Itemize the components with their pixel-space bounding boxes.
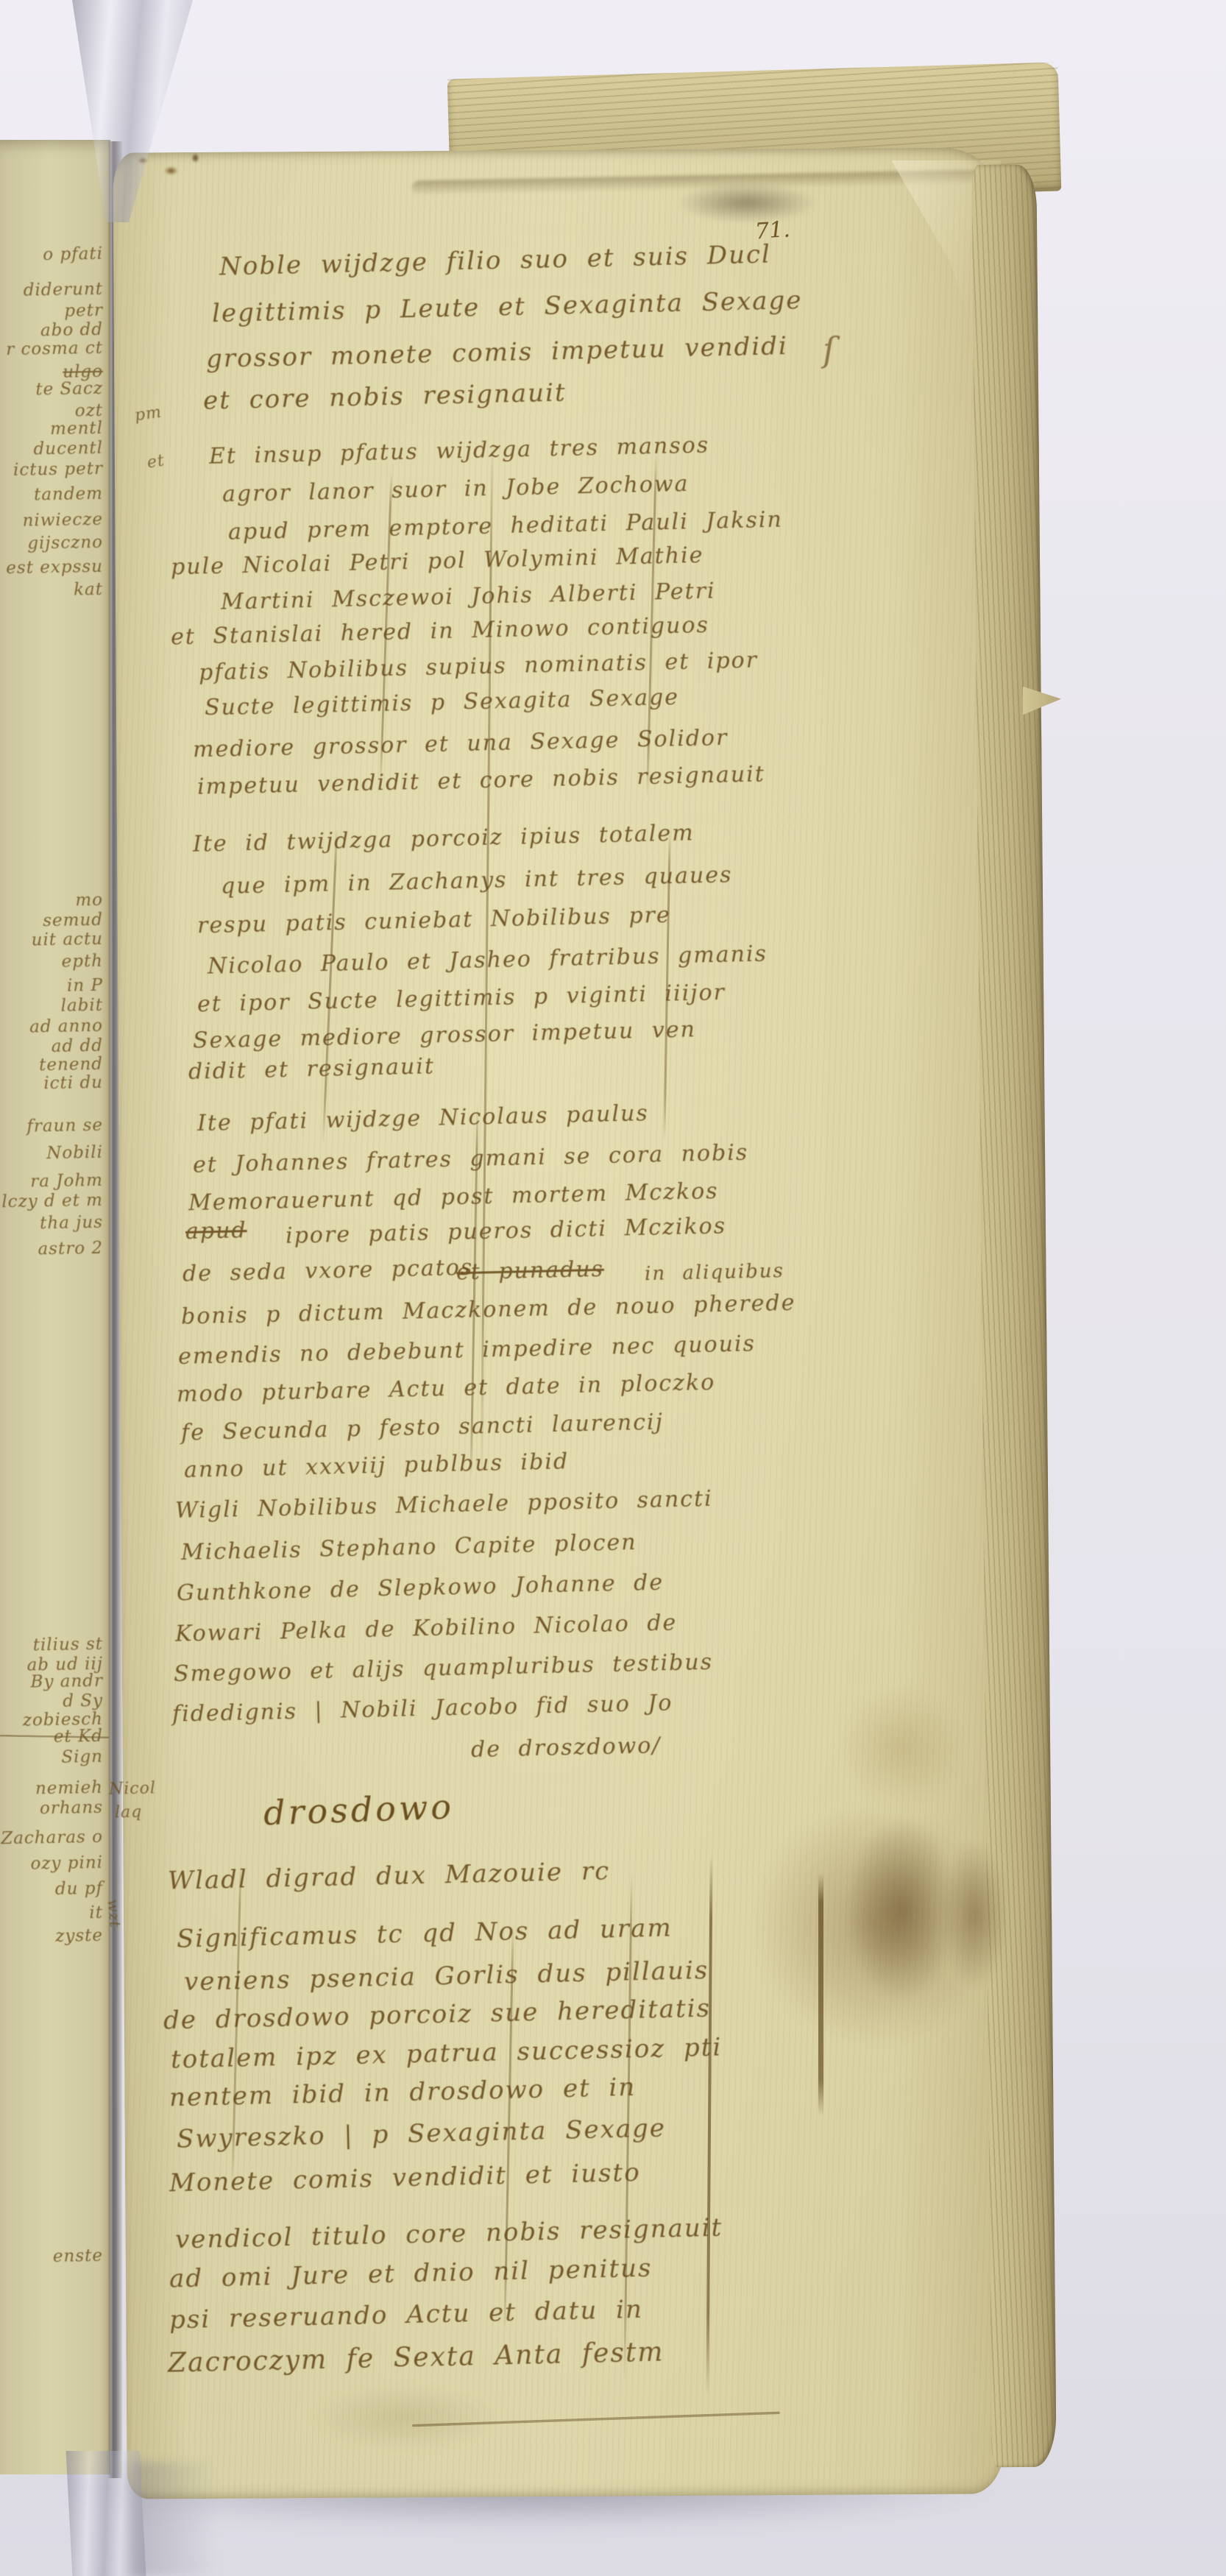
manuscript-text-line: fe Secunda p festo sancti laurencij — [181, 1412, 664, 1445]
manuscript-text-line: apud prem emptore heditati Pauli Jaksin — [228, 509, 783, 543]
manuscript-text-line: ad omi Jure et dnio nil penitus — [169, 2256, 653, 2292]
left-page-text-fragment: icti du — [0, 1075, 103, 1093]
manuscript-text-line: de seda vxore pcatos — [183, 1257, 474, 1286]
manuscript-text-line: et ipor Sucte legittimis p viginti iiijo… — [197, 982, 726, 1016]
manuscript-text-line: apud — [185, 1220, 247, 1243]
page-stain — [839, 1685, 964, 1811]
manuscript-text-line: Martini Msczewoi Johis Alberti Petri — [221, 580, 716, 613]
manuscript-text-line: Nicolao Paulo et Jasheo fratribus gmanis — [208, 943, 768, 977]
left-page-text-fragment: enste — [0, 2248, 103, 2266]
manuscript-text-line: modo pturbare Actu et date in ploczko — [177, 1372, 716, 1406]
left-page-text-fragment: epth — [0, 953, 103, 972]
manuscript-text-line: Sexage mediore grossor impetuu ven — [193, 1019, 696, 1052]
page-number: 71. — [754, 216, 791, 244]
manuscript-text-line: respu patis cuniebat Nobilibus pre — [197, 905, 671, 938]
left-page-text-fragment: ozy pini — [0, 1855, 103, 1873]
left-page-text-fragment: est expssu — [0, 559, 103, 577]
gutter-note: wzt — [106, 1899, 123, 1928]
left-page-text-fragment: du pf — [0, 1880, 103, 1899]
gutter-note: pm — [134, 405, 163, 425]
margin-note: laq — [115, 1805, 143, 1822]
left-page-text-fragment: ad dd — [0, 1038, 103, 1056]
manuscript-text-line: fidedignis | Nobili Jacobo fid suo Jo — [172, 1692, 673, 1725]
ink-stroke — [706, 1855, 712, 2396]
left-page-text-fragment: tilius st — [0, 1636, 103, 1655]
left-page-text-fragment: tenend — [0, 1056, 103, 1075]
left-page-text-fragment: semud — [0, 912, 103, 930]
manuscript-text-line: et Stanislai hered in Minowo contiguos — [171, 615, 709, 649]
photo-overlay: o pfatidideruntpetrabo ddr cosma ctulgot… — [0, 0, 1226, 2576]
manuscript-text-line: didit et resignauit — [188, 1055, 436, 1083]
manuscript-text-line: Wladl digrad dux Mazouie rc — [168, 1858, 611, 1894]
section-heading-drosdowo: drosdowo — [263, 1786, 455, 1833]
manuscript-text-line: agror lanor suor in Jobe Zochowa — [222, 473, 690, 506]
manuscript-text-line: psi reseruando Actu et datu in — [169, 2297, 644, 2333]
manuscript-text-line: pfatis Nobilibus supius nominatis et ipo… — [199, 649, 759, 684]
manuscript-text-line: in aliquibus — [645, 1262, 784, 1284]
left-page-text-fragment: d Sy — [0, 1693, 103, 1711]
manuscript-text-line: Memorauerunt qd post mortem Mczkos — [188, 1181, 719, 1214]
left-page-text-fragment: fraun se — [0, 1117, 103, 1136]
left-page-text-fragment: in P — [0, 977, 103, 996]
left-page-text-fragment: abo dd — [0, 322, 103, 340]
manuscript-text-line: Michaelis Stephano Capite plocen — [181, 1532, 637, 1564]
page-stain — [846, 1818, 957, 2002]
manuscript-text-line: Ite id twijdzga porcoiz ipius totalem — [193, 822, 695, 855]
manuscript-text-line: pule Nicolai Petri pol Wolymini Mathie — [171, 545, 704, 578]
manuscript-text-line: vendicol titulo core nobis resignauit — [175, 2215, 723, 2253]
left-page-text-fragment: niwiecze — [0, 512, 103, 530]
left-page-text-fragment: astro 2 — [0, 1240, 103, 1259]
left-page-text-fragment: zyste — [0, 1928, 103, 1946]
margin-note: Nicol — [109, 1780, 156, 1797]
left-page-text-fragment: mentl — [0, 420, 103, 439]
manuscript-text-line: anno ut xxxviij publbus ibid — [184, 1451, 570, 1482]
manuscript-text-line: totalem ipz ex patrua successioz pti — [171, 2035, 723, 2073]
left-page-text-fragment: tha jus — [0, 1214, 103, 1233]
left-page-text-fragment: te Sacz — [0, 381, 103, 399]
page-stain — [677, 183, 817, 223]
left-page-text-fragment: nemieh — [0, 1780, 103, 1798]
manuscript-text-line: Kowari Pelka de Kobilino Nicolao de — [175, 1612, 678, 1645]
left-page-text-fragment: By andr — [0, 1673, 103, 1691]
manuscript-text-line: de droszdowo/ — [471, 1735, 662, 1761]
manuscript-text-line: Gunthkone de Slepkowo Johanne de — [177, 1571, 665, 1604]
left-page-text-fragment: labit — [0, 997, 103, 1016]
manuscript-text-line: et Johannes fratres gmani se cora nobis — [193, 1142, 749, 1176]
manuscript-text-line: que ipm in Zachanys int tres quaues — [221, 864, 733, 898]
left-page-text-fragment: Sign — [0, 1749, 103, 1767]
left-page-text-fragment: it — [0, 1905, 103, 1923]
left-page-text-fragment: lczy d et m — [0, 1192, 103, 1211]
left-page-text-fragment: diderunt — [0, 281, 103, 300]
left-page-text-fragment: ad anno — [0, 1018, 103, 1036]
gutter-note: et — [146, 453, 166, 471]
manuscript-text-line: Ite pfati wijdzge Nicolaus paulus — [197, 1103, 649, 1135]
manuscript-text-line: Significamus tc qd Nos ad uram — [177, 1915, 673, 1951]
left-page-text-fragment: Zacharas o — [0, 1829, 103, 1847]
left-page-text-fragment: ducentl — [0, 440, 103, 459]
manuscript-text-line: Et insup pfatus wijdzga tres mansos — [209, 434, 710, 467]
manuscript-text-line: emendis no debebunt impedire nec quouis — [178, 1333, 756, 1368]
ink-stroke — [818, 1873, 823, 2116]
manuscript-text-line: et core nobis resignauit — [203, 380, 567, 413]
manuscript-text-line: et punadus — [456, 1259, 605, 1284]
manuscript-text-line: nentem ibid in drosdowo et in — [169, 2075, 637, 2110]
glass-rod-bottom — [66, 2451, 146, 2576]
left-page-text-fragment: ictus petr — [0, 461, 103, 479]
manuscript-text-line: Noble wijdzge filio suo et suis Ducl — [219, 241, 772, 279]
left-page-text-fragment: o pfati — [0, 246, 103, 264]
left-page-text-fragment: Nobili — [0, 1144, 103, 1163]
left-page-text-fragment: r cosma ct — [0, 340, 103, 358]
manuscript-text-line: ſ — [822, 333, 837, 367]
left-page-text-fragment: uit actu — [0, 931, 103, 949]
left-page-text-fragment: gijsczno — [0, 534, 103, 553]
manuscript-text-line: legittimis p Leute et Sexaginta Sexage — [212, 288, 803, 326]
left-page-text-fragment: orhans — [0, 1800, 103, 1818]
manuscript-text-line: grossor monete comis impetuu vendidi — [206, 333, 788, 372]
manuscript-text-line: Zacroczym fe Sexta Anta festm — [168, 2339, 665, 2377]
left-page-text-fragment: kat — [0, 581, 103, 600]
manuscript-text-line: Swyreszko | p Sexaginta Sexage — [177, 2115, 667, 2151]
left-page-text-fragment: mo — [0, 892, 103, 910]
left-page-text-fragment: et Kd — [0, 1728, 103, 1747]
page-stain — [309, 2385, 500, 2451]
manuscript-text-line: Monete comis vendidit et iusto — [169, 2160, 641, 2196]
left-page-text-fragment: tandem — [0, 486, 103, 504]
left-page-text-fragment: petr — [0, 302, 103, 321]
left-page-text-fragment: ra Johm — [0, 1172, 103, 1191]
manuscript-text-line: Sucte legittimis p Sexagita Sexage — [205, 687, 680, 720]
manuscript-text-line: bonis p dictum Maczkonem de nouo pherede — [181, 1292, 796, 1328]
manuscript-text-line: impetuu vendidit et core nobis resignaui… — [197, 763, 765, 799]
manuscript-text-line: Wigli Nobilibus Michaele pposito sancti — [175, 1488, 713, 1523]
manuscript-text-line: ipore patis pueros dicti Mczikos — [286, 1215, 727, 1248]
manuscript-text-line: Smegowo et alijs quampluribus testibus — [174, 1652, 714, 1686]
page-stain — [942, 1840, 1008, 1987]
